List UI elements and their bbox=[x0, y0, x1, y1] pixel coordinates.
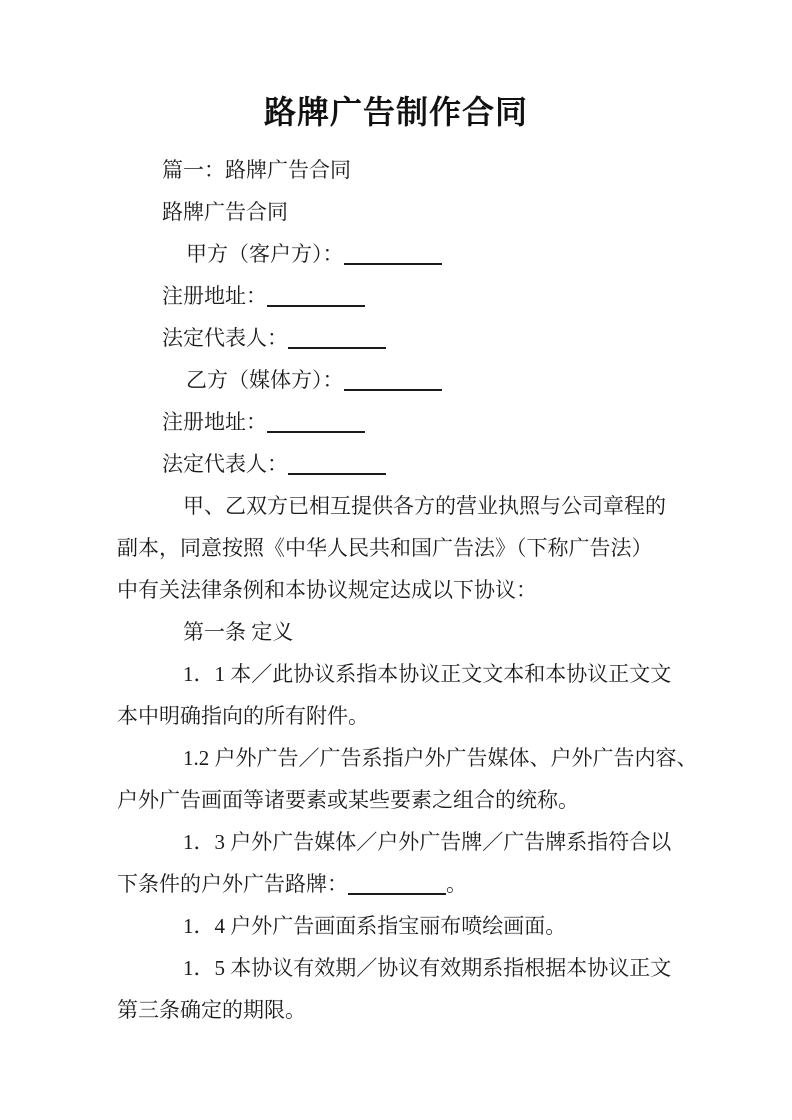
fill-in-blank-underline bbox=[348, 873, 446, 895]
doc-line-text: 副本，同意按照《中华人民共和国广告法》（下称广告法） bbox=[117, 536, 653, 560]
doc-line-text: 篇一：路牌广告合同 bbox=[162, 158, 351, 182]
document-page: 路牌广告制作合同 篇一：路牌广告合同路牌广告合同甲方（客户方）：注册地址：法定代… bbox=[0, 0, 792, 1120]
doc-line-text: 1．5 本协议有效期／协议有效期系指根据本协议正文 bbox=[183, 956, 671, 980]
doc-line: 1．5 本协议有效期／协议有效期系指根据本协议正文 bbox=[117, 947, 677, 989]
doc-line-text: 本中明确指向的所有附件。 bbox=[117, 704, 369, 728]
doc-line-text: 法定代表人： bbox=[162, 452, 288, 476]
doc-line-text: 1．1 本／此协议系指本协议正文文本和本协议正文文 bbox=[183, 662, 671, 686]
doc-line: 中有关法律条例和本协议规定达成以下协议： bbox=[117, 569, 677, 611]
fill-in-blank-underline bbox=[267, 411, 365, 433]
doc-line: 第三条确定的期限。 bbox=[117, 989, 677, 1031]
doc-line: 甲方（客户方）： bbox=[117, 233, 677, 275]
doc-line: 法定代表人： bbox=[117, 317, 677, 359]
fill-in-blank-underline bbox=[344, 369, 442, 391]
doc-line-text: 第三条确定的期限。 bbox=[117, 998, 306, 1022]
doc-line-text: 甲方（客户方）： bbox=[186, 242, 344, 266]
doc-line-text: 第一条 定义 bbox=[183, 620, 293, 644]
doc-line: 第一条 定义 bbox=[117, 611, 677, 653]
doc-line-text: 户外广告画面等诸要素或某些要素之组合的统称。 bbox=[117, 788, 579, 812]
doc-line: 路牌广告合同 bbox=[117, 191, 677, 233]
doc-line: 户外广告画面等诸要素或某些要素之组合的统称。 bbox=[117, 779, 677, 821]
doc-line-text: 注册地址： bbox=[162, 284, 267, 308]
doc-line: 本中明确指向的所有附件。 bbox=[117, 695, 677, 737]
fill-in-blank-underline bbox=[288, 453, 386, 475]
doc-line-text: 法定代表人： bbox=[162, 326, 288, 350]
doc-line-text: 甲、乙双方已相互提供各方的营业执照与公司章程的 bbox=[183, 494, 666, 518]
doc-line: 篇一：路牌广告合同 bbox=[117, 149, 677, 191]
document-title: 路牌广告制作合同 bbox=[0, 0, 792, 134]
doc-line: 法定代表人： bbox=[117, 443, 677, 485]
fill-in-blank-underline bbox=[344, 243, 442, 265]
document-lines: 篇一：路牌广告合同路牌广告合同甲方（客户方）：注册地址：法定代表人：乙方（媒体方… bbox=[117, 149, 677, 1031]
fill-in-blank-underline bbox=[288, 327, 386, 349]
doc-line: 1．3 户外广告媒体／户外广告牌／广告牌系指符合以 bbox=[117, 821, 677, 863]
doc-line-text: 中有关法律条例和本协议规定达成以下协议： bbox=[117, 578, 537, 602]
fill-in-blank-underline bbox=[267, 285, 365, 307]
doc-line: 注册地址： bbox=[117, 275, 677, 317]
doc-line-text: 注册地址： bbox=[162, 410, 267, 434]
doc-line-text: 路牌广告合同 bbox=[162, 200, 288, 224]
doc-line: 甲、乙双方已相互提供各方的营业执照与公司章程的 bbox=[117, 485, 677, 527]
doc-line: 注册地址： bbox=[117, 401, 677, 443]
doc-line-text: 乙方（媒体方）： bbox=[186, 368, 344, 392]
doc-line-text: 。 bbox=[446, 872, 467, 896]
doc-line: 副本，同意按照《中华人民共和国广告法》（下称广告法） bbox=[117, 527, 677, 569]
doc-line-text: 1．4 户外广告画面系指宝丽布喷绘画面。 bbox=[183, 914, 566, 938]
doc-line-text: 1.2 户外广告／广告系指户外广告媒体、户外广告内容、 bbox=[183, 746, 698, 770]
doc-line: 1．4 户外广告画面系指宝丽布喷绘画面。 bbox=[117, 905, 677, 947]
doc-line-text: 下条件的户外广告路牌： bbox=[117, 872, 348, 896]
doc-line: 下条件的户外广告路牌：。 bbox=[117, 863, 677, 905]
doc-line-text: 1．3 户外广告媒体／户外广告牌／广告牌系指符合以 bbox=[183, 830, 671, 854]
doc-line: 1.2 户外广告／广告系指户外广告媒体、户外广告内容、 bbox=[117, 737, 677, 779]
doc-line: 乙方（媒体方）： bbox=[117, 359, 677, 401]
doc-line: 1．1 本／此协议系指本协议正文文本和本协议正文文 bbox=[117, 653, 677, 695]
